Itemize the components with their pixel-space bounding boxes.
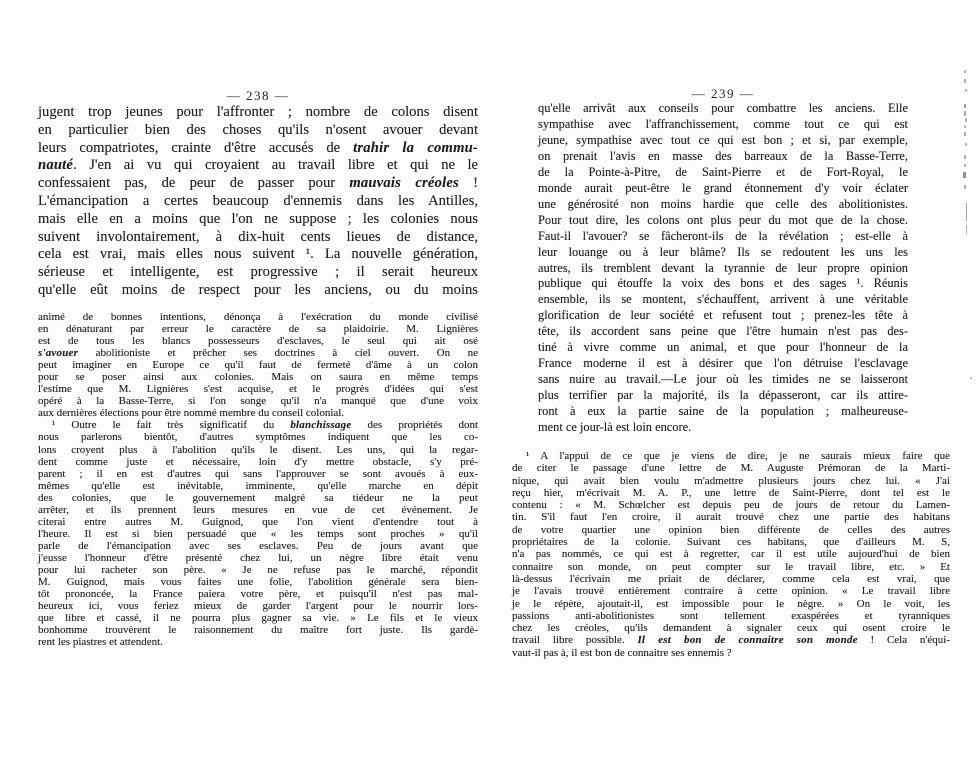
text-run: connaitre son monde, on peut compter sur… xyxy=(512,561,950,573)
text-run: Faut-il l'avouer? se fâcheront-ils de la… xyxy=(538,229,908,243)
text-line: reçu hier, m'écrivait M. A. P., une lett… xyxy=(512,487,950,499)
text-line: parle de l'émancipation avec ses esclave… xyxy=(38,540,478,552)
text-run: reçu hier, m'écrivait M. A. P., une lett… xyxy=(512,487,950,499)
text-run: opéré à la Basse-Terre, si l'on songe qu… xyxy=(38,395,478,407)
text-run: rent les piastres et attendent. xyxy=(38,636,163,648)
text-run: en particulier bien des choses qu'ils n'… xyxy=(38,122,478,138)
text-run: je l'avais trouvé entièrement contraire … xyxy=(512,585,950,597)
scan-artifact xyxy=(966,203,967,221)
text-line: L'émancipation a certes beaucoup d'ennem… xyxy=(38,193,478,211)
text-line: nous parlerons bientôt, d'autres symptôm… xyxy=(38,431,478,443)
text-run: tiné à vivre comme un animal, et que pou… xyxy=(538,340,908,354)
scan-artifact xyxy=(966,225,967,234)
text-line: leur louange ou à leur blâme? Ils se red… xyxy=(538,245,908,261)
text-run: contenu : « M. Schœlcher est depuis peu … xyxy=(512,499,950,511)
scan-artifact xyxy=(964,164,966,167)
text-run: abolitioniste et prêcher ses doctrines à… xyxy=(78,347,478,359)
text-run: on prenait l'avis en masse des barreaux … xyxy=(538,149,908,163)
text-line: des colonies, que le gouvernement malgré… xyxy=(38,492,478,504)
scan-artifact xyxy=(965,118,967,122)
text-line: cela est vrai, mais elles nous suivent ¹… xyxy=(38,246,478,264)
text-run: L'émancipation a certes beaucoup d'ennem… xyxy=(38,193,478,209)
text-run: là-dessus l'écrivain me priait de déclar… xyxy=(512,573,950,585)
text-line: pour se poser ainsi aux colonies. Mais o… xyxy=(38,371,478,383)
text-run: que libre et cassé, il ne pourra plus ga… xyxy=(38,612,478,624)
text-line: mais elle en a moins que l'on ne suppose… xyxy=(38,211,478,229)
text-run: mais elle en a moins que l'on ne suppose… xyxy=(38,211,478,227)
text-line: une générosité non moins hardie que cell… xyxy=(538,197,908,213)
emphasized-text: blanchissage xyxy=(290,419,351,431)
text-run: tôt prononcée, la France paiera votre pè… xyxy=(38,588,478,600)
text-run: plus terrifier par la majorité, ils la d… xyxy=(538,388,908,402)
page-number-header-right: — 239 — xyxy=(538,86,908,102)
text-line: publique qui étouffe la voix des bons et… xyxy=(538,276,908,292)
text-run: leur louange ou à leur blâme? Ils se red… xyxy=(538,245,908,259)
text-run: qu'elle eût moins de respect pour les an… xyxy=(38,282,478,298)
text-line: jeune, sympathise avec tout ce qui est b… xyxy=(538,133,908,149)
text-run: est de tous les blancs possesseurs d'esc… xyxy=(38,335,478,347)
text-run: suivent involontairement, à dix-huit cen… xyxy=(38,229,478,245)
text-line: opéré à la Basse-Terre, si l'on songe qu… xyxy=(38,395,478,407)
scan-artifact xyxy=(964,185,966,189)
text-line: sympathise avec l'affranchissement, comm… xyxy=(538,117,908,133)
text-run: tin. S'il faut l'en croire, il aurait tr… xyxy=(512,511,950,523)
text-run: ront à eux la partie saine de la populat… xyxy=(538,404,908,418)
text-run: en dénaturant par erreur le caractère de… xyxy=(38,323,478,335)
text-run: travail libre possible. xyxy=(512,634,637,646)
text-line: monde aurait peut-être le grand étonneme… xyxy=(538,181,908,197)
text-run: de la Pointe-à-Pitre, de Saint-Pierre et… xyxy=(538,165,908,179)
text-line: de citer le passage d'une lettre de M. A… xyxy=(512,462,950,474)
text-line: vaut-il pas à, il est bon de connaitre s… xyxy=(512,647,950,659)
text-line: tôt prononcée, la France paiera votre pè… xyxy=(38,588,478,600)
text-run: bonhomme trouvèrent le raisonnement du m… xyxy=(38,624,478,636)
text-line: n'a pas nommés, ce qui est à regretter, … xyxy=(512,548,950,560)
emphasized-text: Il est bon de connaitre son monde xyxy=(637,634,857,646)
text-line: nauté. J'en ai vu qui croyaient au trava… xyxy=(38,157,478,175)
text-line: suivent involontairement, à dix-huit cen… xyxy=(38,229,478,247)
text-line: propriétaires de la colonie. Suivant ces… xyxy=(512,536,950,548)
text-run: parent ; il en est d'autres qui sans l'a… xyxy=(38,468,478,480)
text-run: dent comme juste et nécessaire, loin d'y… xyxy=(38,456,478,468)
page-number-header-left: — 238 — xyxy=(38,88,478,104)
text-line: ment ce jour-là est loin encore. xyxy=(538,420,908,436)
text-run: animé de bonnes intentions, dénonça à l'… xyxy=(38,311,478,323)
text-run: peut imaginer en Europe ce qu'il faut de… xyxy=(38,359,478,371)
scan-artifact xyxy=(965,143,967,146)
text-line: tin. S'il faut l'en croire, il aurait tr… xyxy=(512,511,950,523)
text-run: ¹ Outre le fait très significatif du xyxy=(52,419,290,431)
emphasized-text: trahir la commu- xyxy=(353,140,478,156)
text-run: ¹ A l'appui de ce que je viens de dire, … xyxy=(526,450,950,462)
text-run: sérieuse et intelligente, est progressiv… xyxy=(38,264,478,280)
text-line: l'estime que M. Lignières s'est acquise,… xyxy=(38,383,478,395)
text-run: ensemble, ils se montent, s'échauffent, … xyxy=(538,292,908,306)
emphasized-text: s'avouer xyxy=(38,347,78,359)
text-run: Pour tout dire, les colons ont plus peur… xyxy=(538,213,908,227)
text-run: mêmes qu'elle est inévitable, imminente,… xyxy=(38,480,478,492)
text-run: confessaient pas, de peur de passer pour xyxy=(38,175,349,191)
text-run: M. Guignod, mais vous faites une folie, … xyxy=(38,576,478,588)
text-line: autres, ils tremblent devant la tyrannie… xyxy=(538,261,908,277)
text-run: publique qui étouffe la voix des bons et… xyxy=(538,276,908,290)
text-run: sans nuire au travail.—Le jour où les ti… xyxy=(538,372,908,386)
text-line: connaitre son monde, on peut compter sur… xyxy=(512,561,950,573)
text-run: vaut-il pas à, il est bon de connaitre s… xyxy=(512,647,732,659)
text-run: n'a pas nommés, ce qui est à regretter, … xyxy=(512,548,950,560)
text-run: jugent trop jeunes pour l'affronter ; no… xyxy=(38,104,478,120)
text-run: nous parlerons bientôt, d'autres symptôm… xyxy=(38,431,478,443)
text-run: ment ce jour-là est loin encore. xyxy=(538,420,691,434)
text-line: parent ; il en est d'autres qui sans l'a… xyxy=(38,468,478,480)
text-line: dent comme juste et nécessaire, loin d'y… xyxy=(38,456,478,468)
text-line: mêmes qu'elle est inévitable, imminente,… xyxy=(38,480,478,492)
text-run: ! xyxy=(459,175,478,191)
text-line: je le répète, ajoutait-il, est impossibl… xyxy=(512,598,950,610)
text-line: qu'elle eût moins de respect pour les an… xyxy=(38,282,478,300)
text-line: on prenait l'avis en masse des barreaux … xyxy=(538,149,908,165)
text-run: monde aurait peut-être le grand étonneme… xyxy=(538,181,908,195)
scan-artifact xyxy=(965,89,967,92)
text-line: de la Pointe-à-Pitre, de Saint-Pierre et… xyxy=(538,165,908,181)
text-run: cela est vrai, mais elles nous suivent ¹… xyxy=(38,246,478,262)
text-run: une générosité non moins hardie que cell… xyxy=(538,197,908,211)
text-line: plus terrifier par la majorité, ils la d… xyxy=(538,388,908,404)
text-line: je l'avais trouvé entièrement contraire … xyxy=(512,585,950,597)
text-line: arrêter, et ils prennent leurs mesures e… xyxy=(38,504,478,516)
text-line: en particulier bien des choses qu'ils n'… xyxy=(38,122,478,140)
footnote-left: animé de bonnes intentions, dénonça à l'… xyxy=(38,311,478,648)
text-line: est de tous les blancs possesseurs d'esc… xyxy=(38,335,478,347)
text-line: chez les créoles, qu'ils demandent à sig… xyxy=(512,622,950,634)
text-line: heureux ici, vous feriez mieux de garder… xyxy=(38,600,478,612)
text-line: tiné à vivre comme un animal, et que pou… xyxy=(538,340,908,356)
text-line: rent les piastres et attendent. xyxy=(38,636,478,648)
text-run: des colonies, que le gouvernement malgré… xyxy=(38,492,478,504)
text-run: l'heure. Il est si bien persuadé que « l… xyxy=(38,528,478,540)
text-run: pour se poser ainsi aux colonies. Mais o… xyxy=(38,371,478,383)
text-line: l'heure. Il est si bien persuadé que « l… xyxy=(38,528,478,540)
text-run: chez les créoles, qu'ils demandent à sig… xyxy=(512,622,950,634)
body-text-right: qu'elle arrivât aux conseils pour combat… xyxy=(538,101,908,436)
text-line: leurs compatriotes, crainte d'être accus… xyxy=(38,140,478,158)
text-run: passions anti-abolitionistes sont tellem… xyxy=(512,610,950,622)
text-line: France moderne il est à désirer que l'on… xyxy=(538,356,908,372)
text-run: glorification de leur société et refusen… xyxy=(538,308,908,322)
body-text-left: jugent trop jeunes pour l'affronter ; no… xyxy=(38,104,478,300)
text-line: sans nuire au travail.—Le jour où les ti… xyxy=(538,372,908,388)
text-run: aux dernières élections pour être nommé … xyxy=(38,407,344,419)
text-line: sérieuse et intelligente, est progressiv… xyxy=(38,264,478,282)
text-run: heureux ici, vous feriez mieux de garder… xyxy=(38,600,478,612)
text-line: j'eusse l'honneur d'être présenté chez l… xyxy=(38,552,478,564)
emphasized-text: mauvais créoles xyxy=(349,175,459,191)
scan-artifact xyxy=(970,377,972,379)
text-run: lons croyent plus à l'abolition qu'ils l… xyxy=(38,444,478,456)
text-line: contenu : « M. Schœlcher est depuis peu … xyxy=(512,499,950,511)
scan-artifact xyxy=(964,111,966,116)
text-line: de votre quartier une opinion bien diffé… xyxy=(512,524,950,536)
text-line: Pour tout dire, les colons ont plus peur… xyxy=(538,213,908,229)
text-run: leurs compatriotes, crainte d'être accus… xyxy=(38,140,353,156)
scan-artifact xyxy=(964,125,966,128)
text-line: travail libre possible. Il est bon de co… xyxy=(512,634,950,646)
scanned-book-spread: { "pages": { "left": { "header": "— 238 … xyxy=(0,0,980,784)
text-line: s'avouer abolitioniste et prêcher ses do… xyxy=(38,347,478,359)
text-run: citerai entre autres M. Guignod, que l'o… xyxy=(38,516,478,528)
text-line: peut imaginer en Europe ce qu'il faut de… xyxy=(38,359,478,371)
text-line: tête, ils accordent sans peine que l'êtr… xyxy=(538,324,908,340)
text-line: là-dessus l'écrivain me priait de déclar… xyxy=(512,573,950,585)
scan-artifact xyxy=(964,104,966,108)
text-run: autres, ils tremblent devant la tyrannie… xyxy=(538,261,908,275)
text-line: que libre et cassé, il ne pourra plus ga… xyxy=(38,612,478,624)
scan-artifact xyxy=(963,172,966,178)
text-line: glorification de leur société et refusen… xyxy=(538,308,908,324)
text-run: ! Cela n'équi- xyxy=(858,634,950,646)
text-run: j'eusse l'honneur d'être présenté chez l… xyxy=(38,552,478,564)
text-line: pour lui racheter son père. « Je ne refu… xyxy=(38,564,478,576)
text-line: aux dernières élections pour être nommé … xyxy=(38,407,478,419)
text-run: tête, ils accordent sans peine que l'êtr… xyxy=(538,324,908,338)
scan-artifact xyxy=(964,155,966,159)
scan-artifact xyxy=(964,70,966,73)
text-run: propriétaires de la colonie. Suivant ces… xyxy=(512,536,950,548)
text-run: jeune, sympathise avec tout ce qui est b… xyxy=(538,133,908,147)
text-line: animé de bonnes intentions, dénonça à l'… xyxy=(38,311,478,323)
text-run: de citer le passage d'une lettre de M. A… xyxy=(512,462,950,474)
scan-artifact xyxy=(964,132,966,136)
text-line: jugent trop jeunes pour l'affronter ; no… xyxy=(38,104,478,122)
text-run: nique, qui avait bien voulu m'admettre p… xyxy=(512,475,950,487)
text-line: ¹ Outre le fait très significatif du bla… xyxy=(38,419,478,431)
text-run: je le répète, ajoutait-il, est impossibl… xyxy=(512,598,950,610)
scan-artifact xyxy=(964,79,966,83)
text-line: ront à eux la partie saine de la populat… xyxy=(538,404,908,420)
text-run: sympathise avec l'affranchissement, comm… xyxy=(538,117,908,131)
text-line: confessaient pas, de peur de passer pour… xyxy=(38,175,478,193)
text-line: lons croyent plus à l'abolition qu'ils l… xyxy=(38,444,478,456)
text-line: nique, qui avait bien voulu m'admettre p… xyxy=(512,475,950,487)
text-run: pour lui racheter son père. « Je ne refu… xyxy=(38,564,478,576)
text-run: parle de l'émancipation avec ses esclave… xyxy=(38,540,478,552)
text-line: ensemble, ils se montent, s'échauffent, … xyxy=(538,292,908,308)
text-run: l'estime que M. Lignières s'est acquise,… xyxy=(38,383,478,395)
text-line: citerai entre autres M. Guignod, que l'o… xyxy=(38,516,478,528)
text-run: des propriétés dont xyxy=(351,419,478,431)
emphasized-text: nauté xyxy=(38,157,73,173)
footnote-right: ¹ A l'appui de ce que je viens de dire, … xyxy=(512,450,950,659)
text-run: qu'elle arrivât aux conseils pour combat… xyxy=(538,101,908,115)
text-run: de votre quartier une opinion bien diffé… xyxy=(512,524,950,536)
text-line: qu'elle arrivât aux conseils pour combat… xyxy=(538,101,908,117)
text-run: . J'en ai vu qui croyaient au travail li… xyxy=(73,157,478,173)
text-run: France moderne il est à désirer que l'on… xyxy=(538,356,908,370)
text-line: Faut-il l'avouer? se fâcheront-ils de la… xyxy=(538,229,908,245)
text-run: arrêter, et ils prennent leurs mesures e… xyxy=(38,504,478,516)
text-line: M. Guignod, mais vous faites une folie, … xyxy=(38,576,478,588)
text-line: en dénaturant par erreur le caractère de… xyxy=(38,323,478,335)
text-line: bonhomme trouvèrent le raisonnement du m… xyxy=(38,624,478,636)
text-line: ¹ A l'appui de ce que je viens de dire, … xyxy=(512,450,950,462)
text-line: passions anti-abolitionistes sont tellem… xyxy=(512,610,950,622)
